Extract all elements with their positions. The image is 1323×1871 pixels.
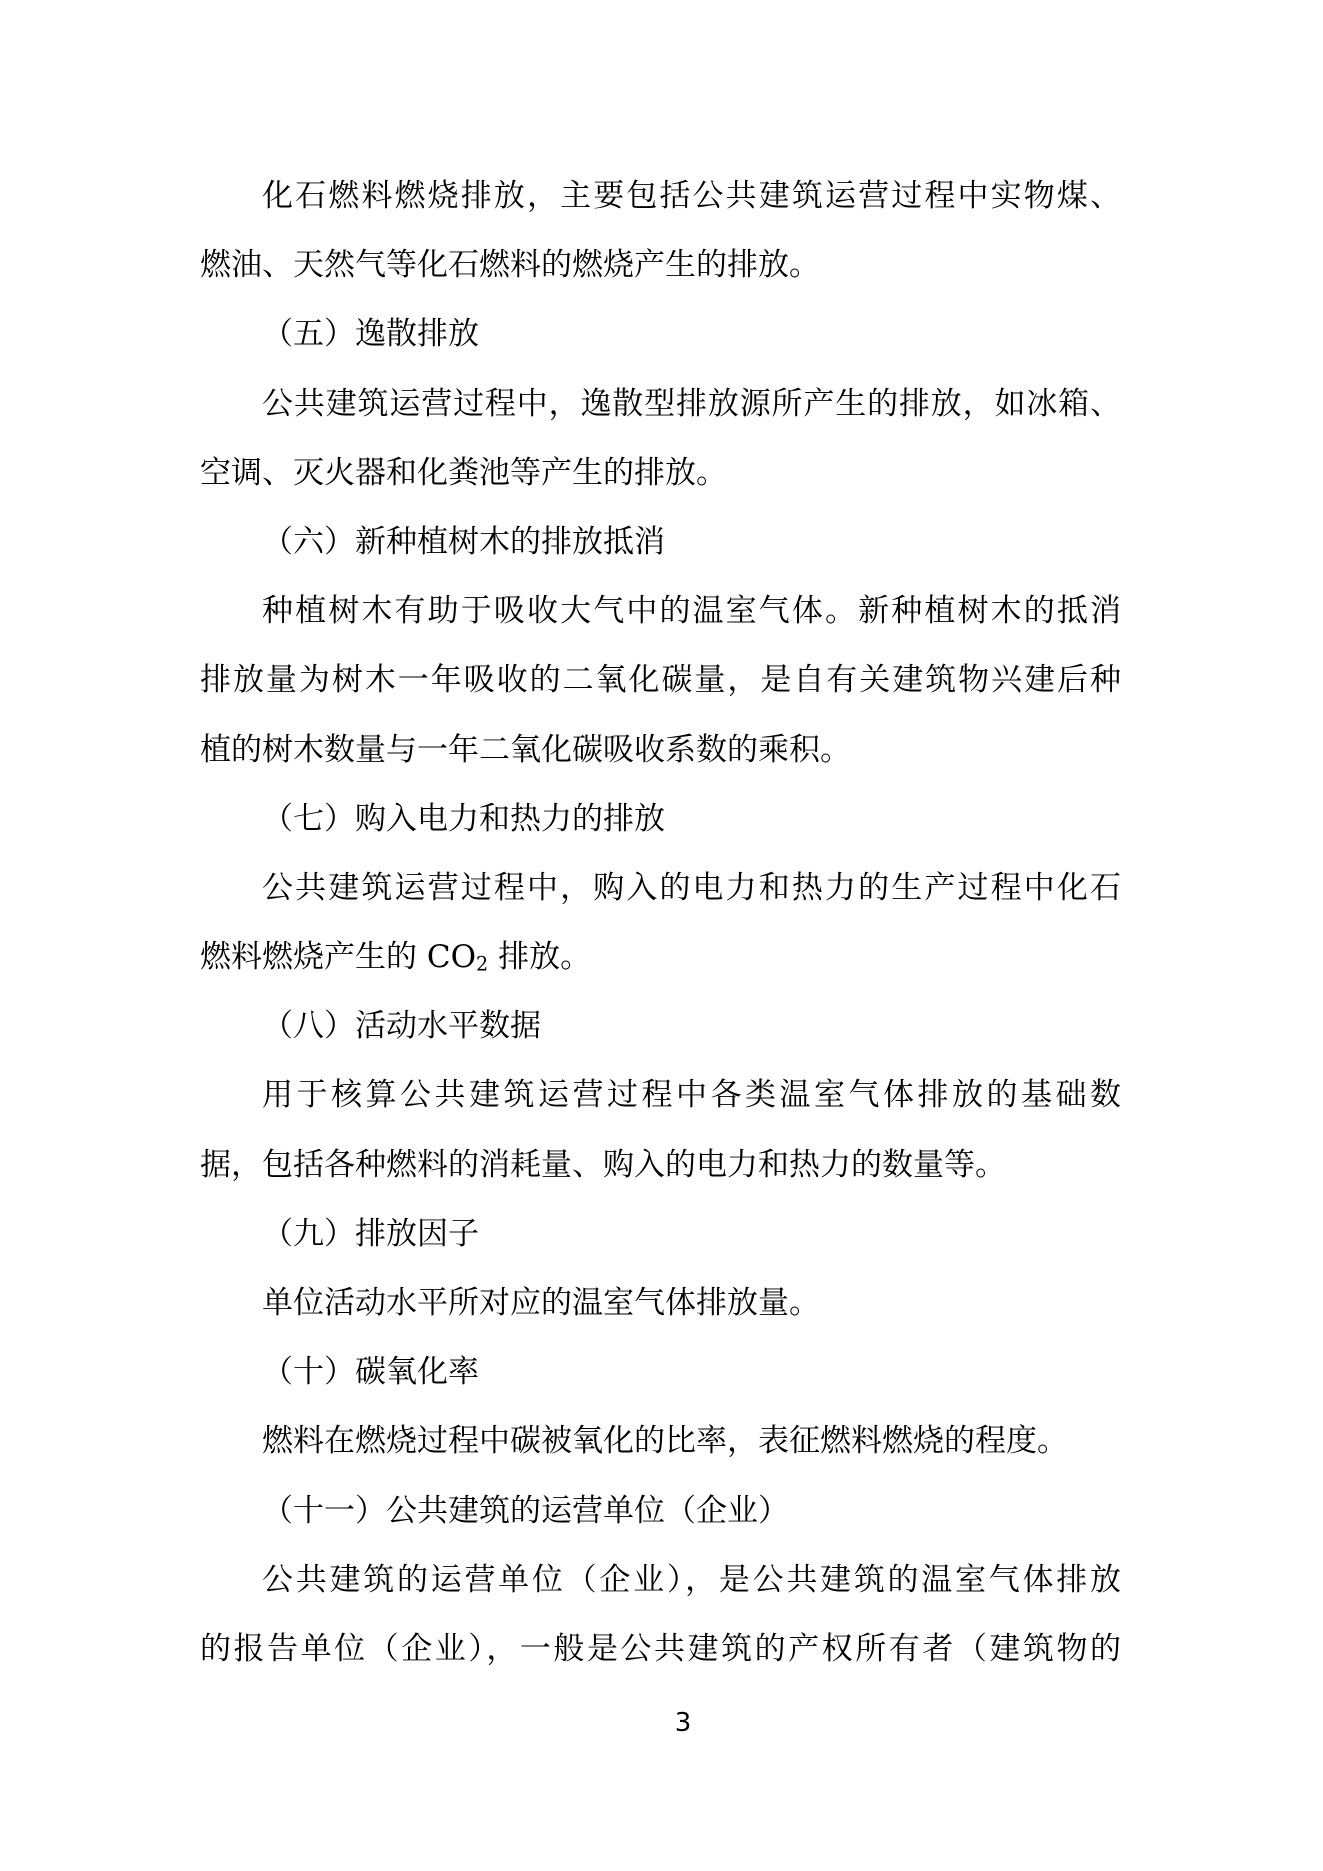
text-line-9: 植的树木数量与一年二氧化碳吸收系数的乘积。 xyxy=(200,716,1121,785)
text-line-17: 单位活动水平所对应的温室气体排放量。 xyxy=(200,1269,1121,1338)
text-line-13: （八）活动水平数据 xyxy=(200,992,1121,1061)
text-line-22: 的报告单位（企业），一般是公共建筑的产权所有者（建筑物的 xyxy=(200,1615,1121,1684)
text-line-20: （十一）公共建筑的运营单位（企业） xyxy=(200,1477,1121,1546)
text-line-19: 燃料在燃烧过程中碳被氧化的比率，表征燃料燃烧的程度。 xyxy=(200,1407,1121,1476)
document-body: 化石燃料燃烧排放，主要包括公共建筑运营过程中实物煤、燃油、天然气等化石燃料的燃烧… xyxy=(200,162,1121,1684)
document-page: 化石燃料燃烧排放，主要包括公共建筑运营过程中实物煤、燃油、天然气等化石燃料的燃烧… xyxy=(0,0,1323,1871)
text-line-15: 据，包括各种燃料的消耗量、购入的电力和热力的数量等。 xyxy=(200,1131,1121,1200)
text-line-2: 燃油、天然气等化石燃料的燃烧产生的排放。 xyxy=(200,231,1121,300)
text-line-12: 燃料燃烧产生的 CO2 排放。 xyxy=(200,923,1121,992)
text-line-12-post: 排放。 xyxy=(488,939,591,975)
text-line-4: 公共建筑运营过程中，逸散型排放源所产生的排放，如冰箱、 xyxy=(200,370,1121,439)
text-line-14: 用于核算公共建筑运营过程中各类温室气体排放的基础数 xyxy=(200,1061,1121,1130)
co2-subscript: 2 xyxy=(476,953,488,976)
text-line-11: 公共建筑运营过程中，购入的电力和热力的生产过程中化石 xyxy=(200,854,1121,923)
text-line-8: 排放量为树木一年吸收的二氧化碳量，是自有关建筑物兴建后种 xyxy=(200,646,1121,715)
text-line-7: 种植树木有助于吸收大气中的温室气体。新种植树木的抵消 xyxy=(200,577,1121,646)
text-line-16: （九）排放因子 xyxy=(200,1200,1121,1269)
text-line-10: （七）购入电力和热力的排放 xyxy=(200,785,1121,854)
page-number: 3 xyxy=(675,1706,692,1740)
text-line-18: （十）碳氧化率 xyxy=(200,1338,1121,1407)
text-line-3: （五）逸散排放 xyxy=(200,300,1121,369)
text-line-12-pre: 燃料燃烧产生的 CO xyxy=(200,939,476,975)
text-line-6: （六）新种植树木的排放抵消 xyxy=(200,508,1121,577)
text-line-1: 化石燃料燃烧排放，主要包括公共建筑运营过程中实物煤、 xyxy=(200,162,1121,231)
text-line-5: 空调、灭火器和化粪池等产生的排放。 xyxy=(200,439,1121,508)
text-line-21: 公共建筑的运营单位（企业），是公共建筑的温室气体排放 xyxy=(200,1546,1121,1615)
